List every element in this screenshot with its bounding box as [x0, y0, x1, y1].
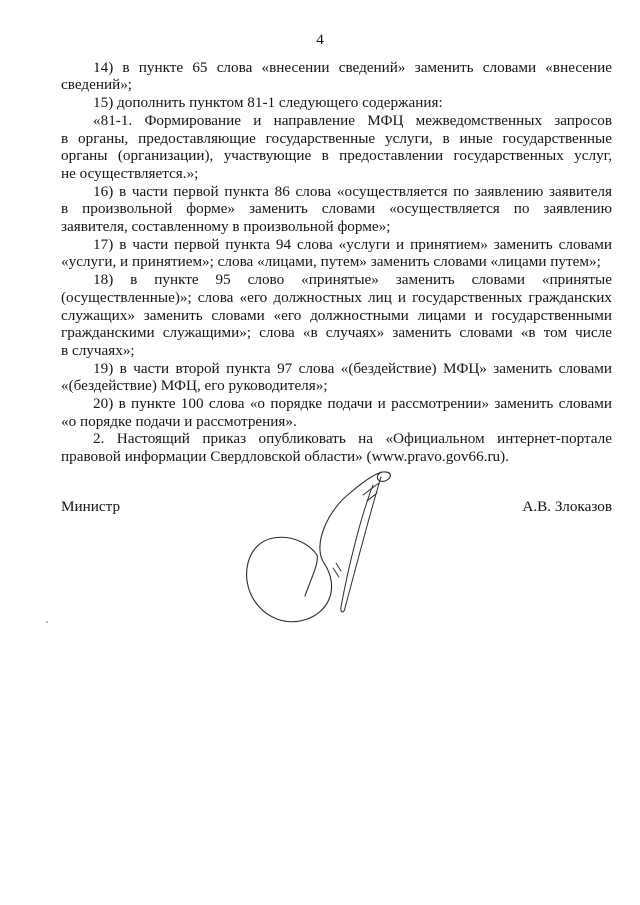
document-line: не осуществляется.»; — [61, 165, 612, 183]
document-line: «услуги, и принятием»; слова «лицами, пу… — [61, 253, 612, 271]
document-line: «о порядке подачи и рассмотрения». — [61, 413, 612, 431]
document-line: 19) в части второй пункта 97 слова «(без… — [61, 360, 612, 378]
document-page: 4 14) в пункте 65 слова «внесении сведен… — [0, 0, 640, 905]
scan-artifact-dot — [46, 621, 48, 623]
document-line: 14) в пункте 65 слова «внесении сведений… — [61, 59, 612, 77]
page-number: 4 — [0, 0, 640, 49]
signature-row: Министр А.В. Злоказов — [0, 498, 640, 516]
document-line: в органы, предоставляющие государственны… — [61, 130, 612, 148]
document-line: 16) в части первой пункта 86 слова «осущ… — [61, 183, 612, 201]
minister-title: Министр — [61, 498, 120, 516]
document-line: сведений»; — [61, 76, 612, 94]
document-line: (осуществленные)»; слова «его должностны… — [61, 289, 612, 307]
document-line: 15) дополнить пунктом 81-1 следующего со… — [61, 94, 612, 112]
handwritten-signature-icon — [222, 455, 452, 640]
document-line: органы (организации), участвующие в пред… — [61, 147, 612, 165]
document-line: в случаях»; — [61, 342, 612, 360]
document-line: 18) в пункте 95 слово «принятые» заменит… — [61, 271, 612, 289]
document-line: заявителя, составленному в произвольной … — [61, 218, 612, 236]
document-body: 14) в пункте 65 слова «внесении сведений… — [0, 59, 640, 466]
document-line: правовой информации Свердловской области… — [61, 448, 612, 466]
document-line: «(бездействие) МФЦ, его руководителя»; — [61, 377, 612, 395]
document-line: 2. Настоящий приказ опубликовать на «Офи… — [61, 430, 612, 448]
document-line: гражданскими служащими»; слова «в случая… — [61, 324, 612, 342]
document-line: служащих» заменить словами «его должност… — [61, 307, 612, 325]
document-line: 20) в пункте 100 слова «о порядке подачи… — [61, 395, 612, 413]
document-line: 17) в части первой пункта 94 слова «услу… — [61, 236, 612, 254]
minister-name: А.В. Злоказов — [522, 498, 612, 516]
document-line: в произвольной форме» заменить словами «… — [61, 200, 612, 218]
document-line: «81-1. Формирование и направление МФЦ ме… — [61, 112, 612, 130]
